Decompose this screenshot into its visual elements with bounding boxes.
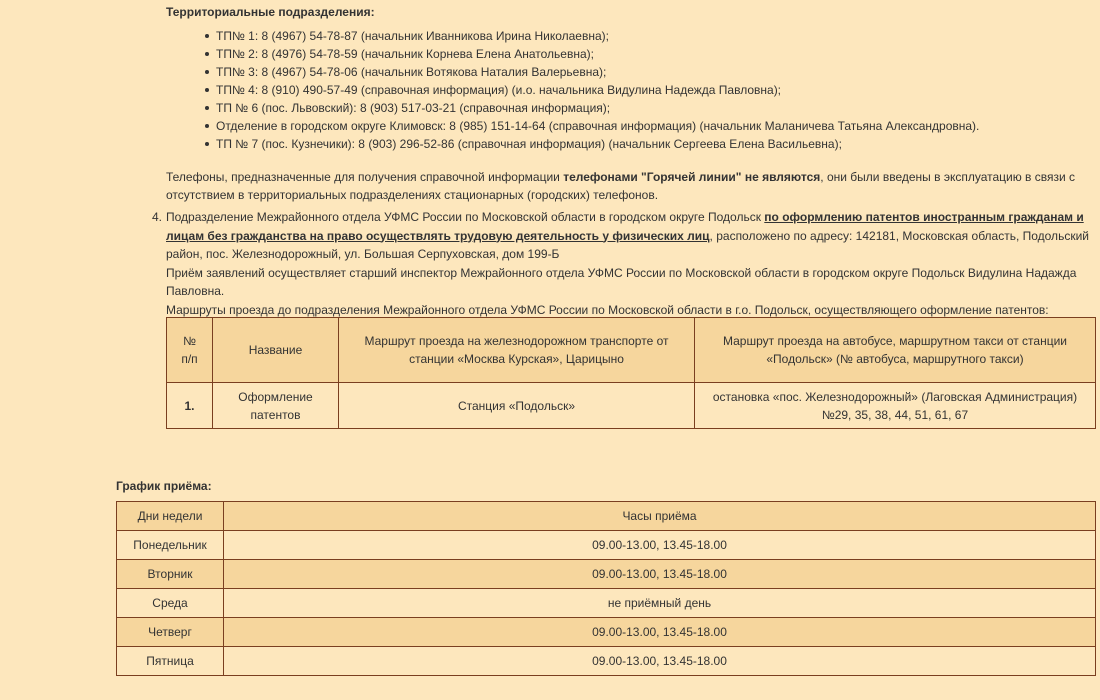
territorial-list: ТП№ 1: 8 (4967) 54-78-87 (начальник Иван… [166, 27, 979, 153]
row-number: 1. [167, 383, 213, 429]
hours-cell: не приёмный день [224, 589, 1096, 618]
row-rail-route: Станция «Подольск» [339, 383, 695, 429]
header-name: Название [213, 318, 339, 383]
schedule-heading: График приёма: [116, 479, 212, 493]
hours-cell: 09.00-13.00, 13.45-18.00 [224, 560, 1096, 589]
list-item: ТП № 6 (пос. Львовский): 8 (903) 517-03-… [216, 99, 979, 117]
list-item: ТП№ 4: 8 (910) 490-57-49 (справочная инф… [216, 81, 979, 99]
day-cell: Среда [117, 589, 224, 618]
header-hours: Часы приёма [224, 502, 1096, 531]
hours-cell: 09.00-13.00, 13.45-18.00 [224, 647, 1096, 676]
list-item: ТП№ 1: 8 (4967) 54-78-87 (начальник Иван… [216, 27, 979, 45]
table-row: 1. Оформление патентов Станция «Подольск… [167, 383, 1096, 429]
list-item: ТП № 7 (пос. Кузнечики): 8 (903) 296-52-… [216, 135, 979, 153]
row-bus-route: остановка «пос. Железнодорожный» (Лаговс… [695, 383, 1096, 429]
header-rail-route: Маршрут проезда на железнодорожном транс… [339, 318, 695, 383]
header-number: № п/п [167, 318, 213, 383]
row-name: Оформление патентов [213, 383, 339, 429]
patent-office-description: Подразделение Межрайонного отдела УФМС Р… [166, 208, 1096, 264]
hours-cell: 09.00-13.00, 13.45-18.00 [224, 618, 1096, 647]
patent-office-item: 4. Подразделение Межрайонного отдела УФМ… [166, 208, 1096, 319]
table-row: Понедельник 09.00-13.00, 13.45-18.00 [117, 531, 1096, 560]
hotline-note: Телефоны, предназначенные для получения … [166, 168, 1096, 204]
hours-cell: 09.00-13.00, 13.45-18.00 [224, 531, 1096, 560]
table-row: Среда не приёмный день [117, 589, 1096, 618]
schedule-table: Дни недели Часы приёма Понедельник 09.00… [116, 501, 1096, 676]
day-cell: Понедельник [117, 531, 224, 560]
routes-header-row: № п/п Название Маршрут проезда на железн… [167, 318, 1096, 383]
day-cell: Четверг [117, 618, 224, 647]
day-cell: Вторник [117, 560, 224, 589]
page: Территориальные подразделения: ТП№ 1: 8 … [0, 0, 1100, 700]
table-row: Вторник 09.00-13.00, 13.45-18.00 [117, 560, 1096, 589]
table-row: Пятница 09.00-13.00, 13.45-18.00 [117, 647, 1096, 676]
header-bus-route: Маршрут проезда на автобусе, маршрутном … [695, 318, 1096, 383]
list-item: ТП№ 3: 8 (4967) 54-78-06 (начальник Вотя… [216, 63, 979, 81]
item-number: 4. [152, 208, 162, 227]
day-cell: Пятница [117, 647, 224, 676]
reception-info: Приём заявлений осуществляет старший инс… [166, 264, 1096, 301]
list-item: Отделение в городском округе Климовск: 8… [216, 117, 979, 135]
territorial-heading: Территориальные подразделения: [166, 5, 375, 19]
routes-table: № п/п Название Маршрут проезда на железн… [166, 317, 1096, 429]
schedule-header-row: Дни недели Часы приёма [117, 502, 1096, 531]
header-days: Дни недели [117, 502, 224, 531]
hotline-note-emphasis: телефонами "Горячей линии" не являются [563, 170, 820, 184]
table-row: Четверг 09.00-13.00, 13.45-18.00 [117, 618, 1096, 647]
list-item: ТП№ 2: 8 (4976) 54-78-59 (начальник Корн… [216, 45, 979, 63]
